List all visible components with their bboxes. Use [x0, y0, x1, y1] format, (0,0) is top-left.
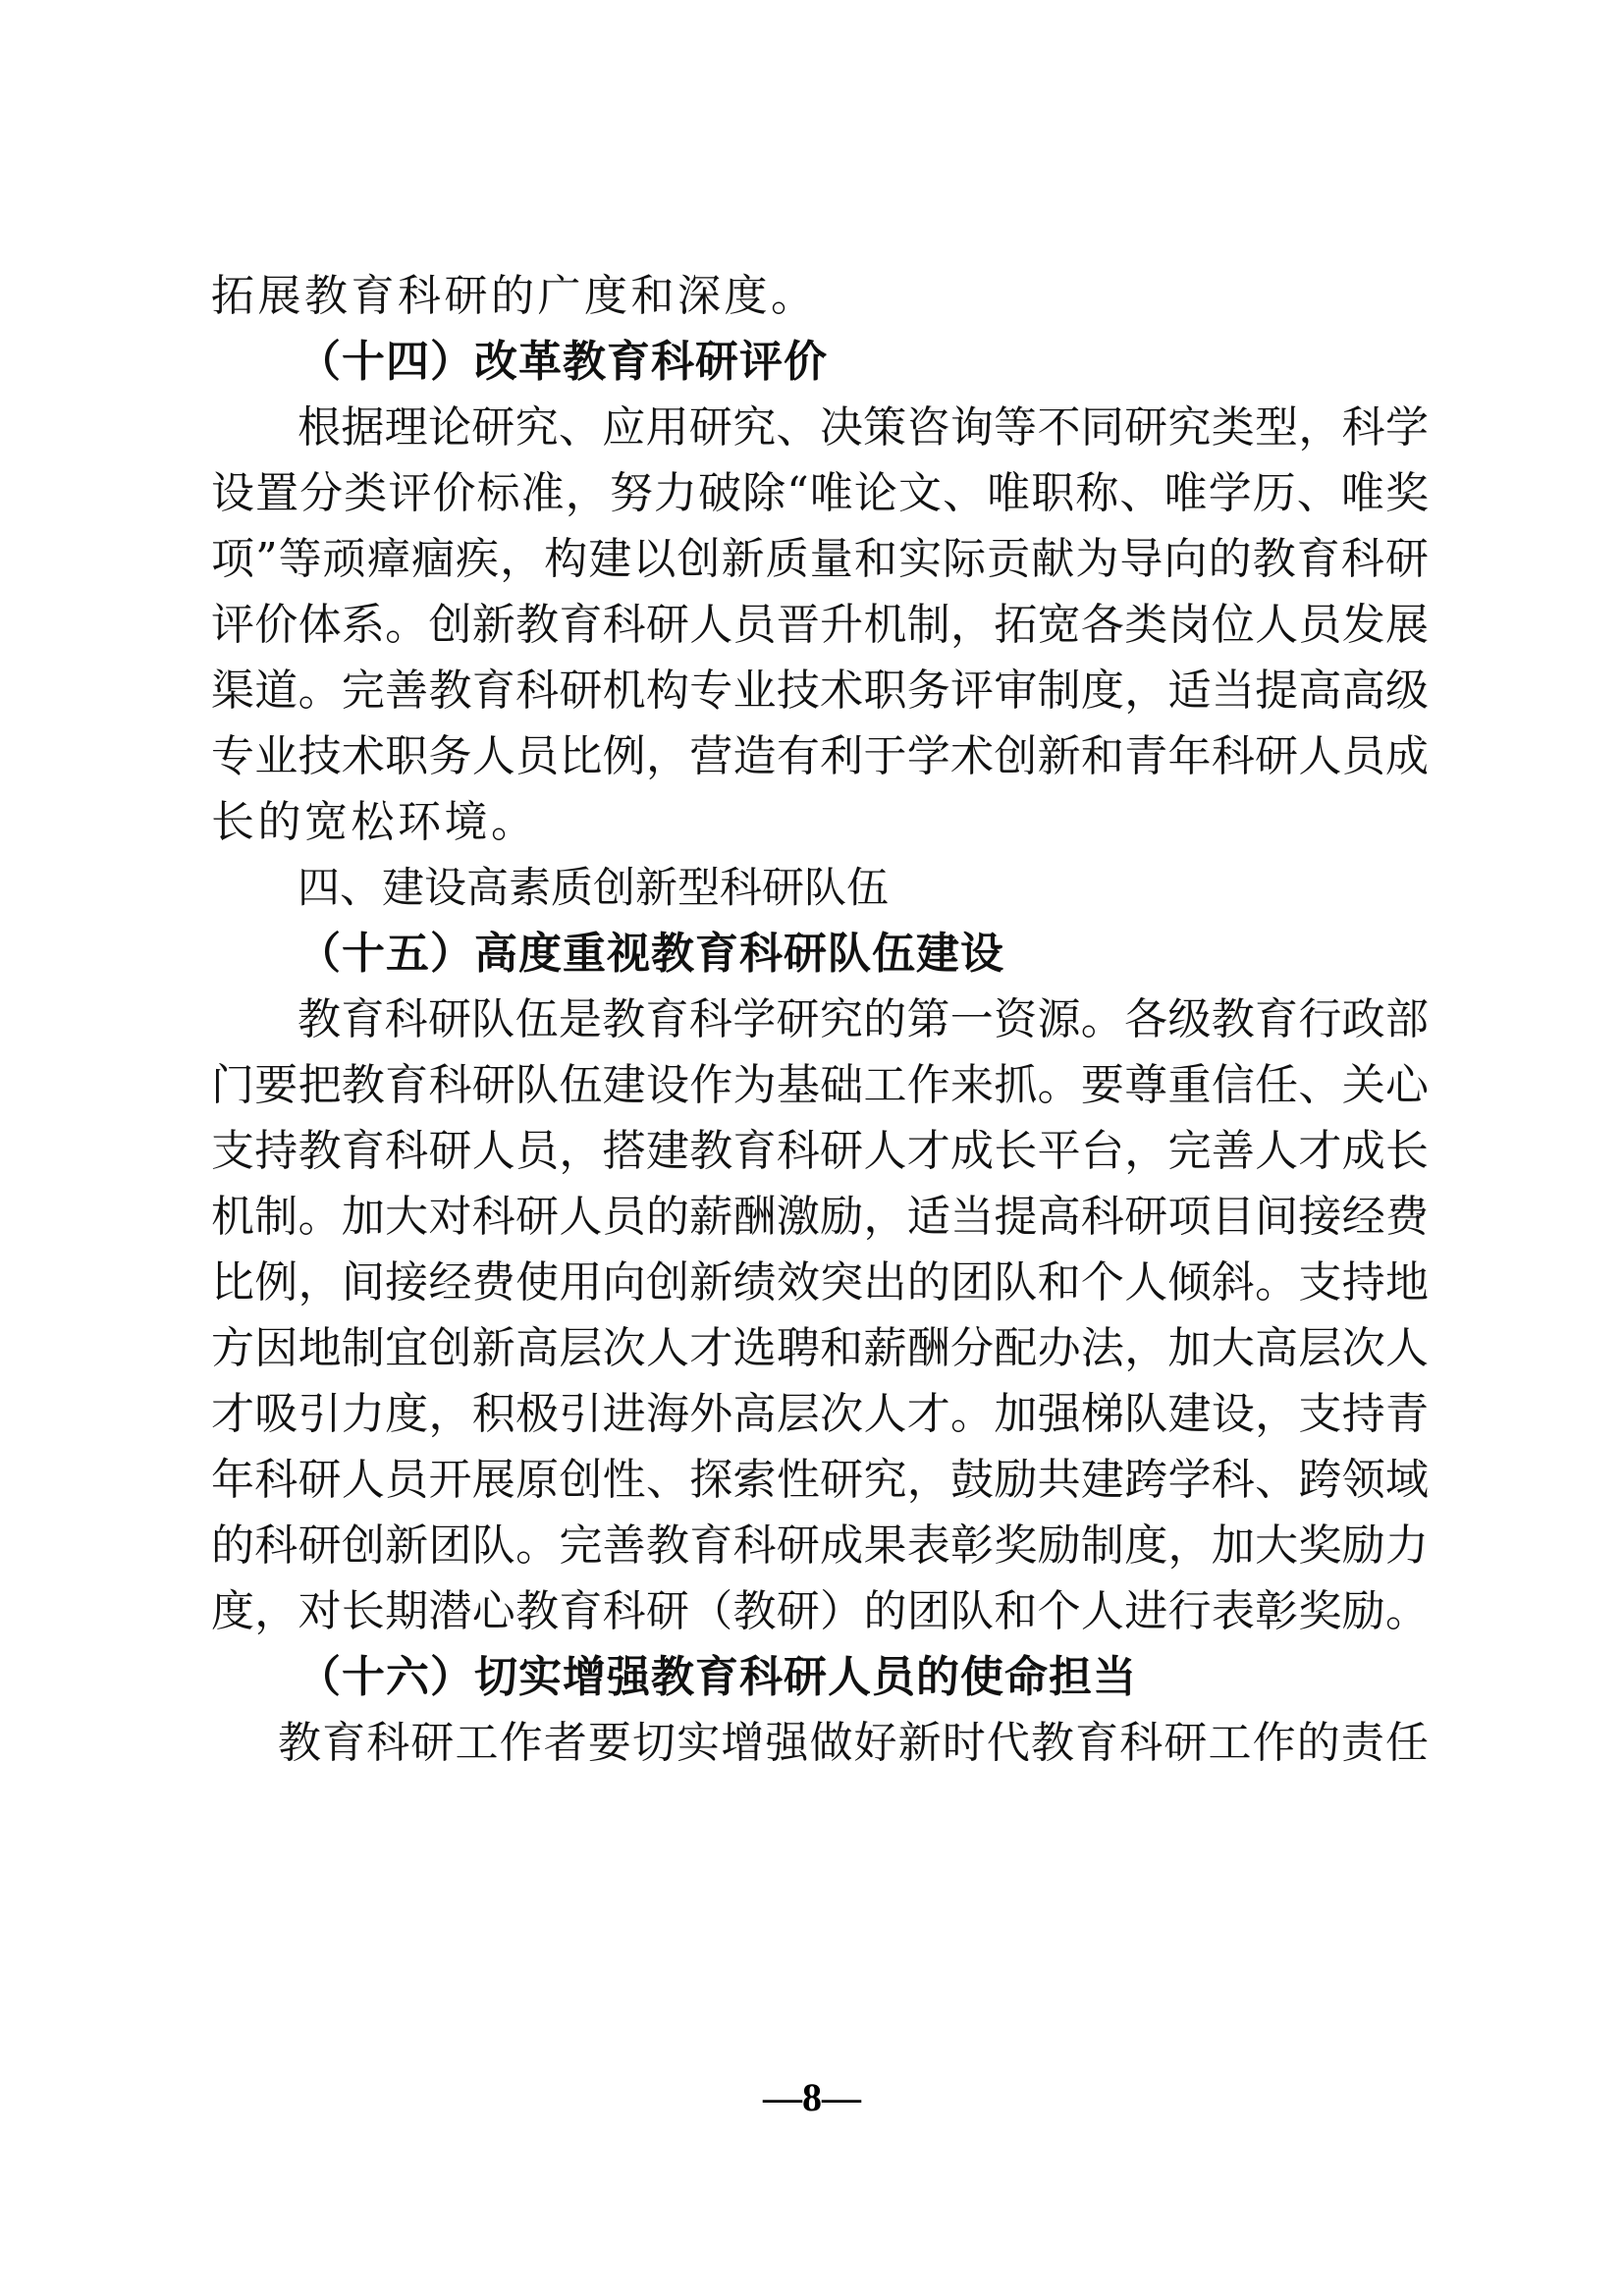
section-heading-15: （十五）高度重视教育科研队伍建设	[298, 922, 1429, 987]
paragraph-line: 项”等顽瘴痼疾，构建以创新质量和实际贡献为导向的教育科研	[211, 527, 1429, 592]
paragraph-line: 根据理论研究、应用研究、决策咨询等不同研究类型，科学	[298, 396, 1429, 460]
page-number: —8—	[0, 2073, 1624, 2122]
paragraph-line: 支持教育科研人员，搭建教育科研人才成长平台，完善人才成长	[211, 1119, 1429, 1184]
paragraph-line: 专业技术职务人员比例，营造有利于学术创新和青年科研人员成	[211, 724, 1429, 789]
paragraph-line: 教育科研工作者要切实增强做好新时代教育科研工作的责任	[278, 1711, 1429, 1776]
paragraph-line: 设置分类评价标准，努力破除“唯论文、唯职称、唯学历、唯奖	[211, 461, 1429, 526]
paragraph-line: 度，对长期潜心教育科研（教研）的团队和个人进行表彰奖励。	[211, 1579, 1429, 1644]
paragraph-line: 方因地制宜创新高层次人才选聘和薪酬分配办法，加大高层次人	[211, 1316, 1429, 1381]
paragraph-line: 评价体系。创新教育科研人员晋升机制，拓宽各类岗位人员发展	[211, 593, 1429, 658]
paragraph-line: 教育科研队伍是教育科学研究的第一资源。各级教育行政部	[298, 988, 1429, 1052]
document-page: 拓展教育科研的广度和深度。 （十四）改革教育科研评价 根据理论研究、应用研究、决…	[0, 0, 1624, 2296]
paragraph-line: 长的宽松环境。	[211, 790, 1429, 855]
paragraph-line: 渠道。完善教育科研机构专业技术职务评审制度，适当提高高级	[211, 659, 1429, 723]
paragraph-line: 的科研创新团队。完善教育科研成果表彰奖励制度，加大奖励力	[211, 1514, 1429, 1578]
section-heading-14: （十四）改革教育科研评价	[298, 330, 1429, 395]
paragraph-line: 比例，间接经费使用向创新绩效突出的团队和个人倾斜。支持地	[211, 1251, 1429, 1315]
paragraph-line: 才吸引力度，积极引进海外高层次人才。加强梯队建设，支持青	[211, 1382, 1429, 1447]
paragraph-line: 机制。加大对科研人员的薪酬激励，适当提高科研项目间接经费	[211, 1185, 1429, 1250]
paragraph-line: 门要把教育科研队伍建设作为基础工作来抓。要尊重信任、关心	[211, 1053, 1429, 1118]
chapter-heading-4: 四、建设高素质创新型科研队伍	[298, 856, 1429, 921]
paragraph-line: 拓展教育科研的广度和深度。	[211, 264, 1429, 329]
paragraph-line: 年科研人员开展原创性、探索性研究，鼓励共建跨学科、跨领域	[211, 1448, 1429, 1513]
section-heading-16: （十六）切实增强教育科研人员的使命担当	[298, 1645, 1429, 1710]
